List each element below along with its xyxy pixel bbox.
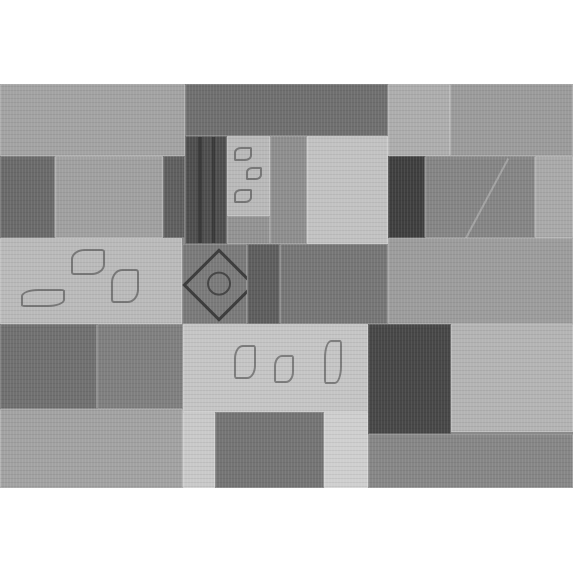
rug-patch [182,244,247,324]
border-stripe [212,137,215,243]
rug-patch [368,434,573,488]
rug-patch [215,412,324,488]
floral-motif [234,189,252,203]
floral-motif [111,269,139,303]
rug-patch [270,136,307,244]
floral-motif [234,345,256,379]
rug-patch [450,84,573,156]
rug-patch [535,156,573,238]
rug-patch [0,156,55,238]
rug-patch [280,244,388,324]
rug-patch [185,84,388,136]
floral-motif [274,355,294,383]
rug-patch [368,324,451,434]
patchwork-rug [0,84,573,488]
floral-motif [234,147,252,161]
rug-patch [0,238,182,324]
rug-patch [97,324,183,409]
rug-patch [307,136,388,244]
medallion-motif [182,248,256,322]
rug-patch [183,412,215,488]
floral-motif [324,340,342,384]
rug-patch [247,244,280,324]
rug-patch [227,136,270,216]
rug-patch [0,324,97,409]
rug-patch [55,156,163,238]
floral-motif [71,249,105,275]
rug-patch [163,156,185,238]
rug-patch [388,238,573,324]
rug-patch [388,84,450,156]
fold-line [465,158,509,238]
rug-patch [324,412,368,488]
rug-patch [0,84,185,156]
floral-motif [21,289,65,307]
rug-patch [185,136,227,244]
border-stripe [198,137,202,243]
rug-patch [425,156,535,238]
rug-patch [183,324,368,412]
rug-patch [227,216,270,244]
floral-motif [246,167,262,180]
rug-patch [0,409,183,488]
rug-patch [388,156,425,238]
rug-patch [451,324,573,432]
